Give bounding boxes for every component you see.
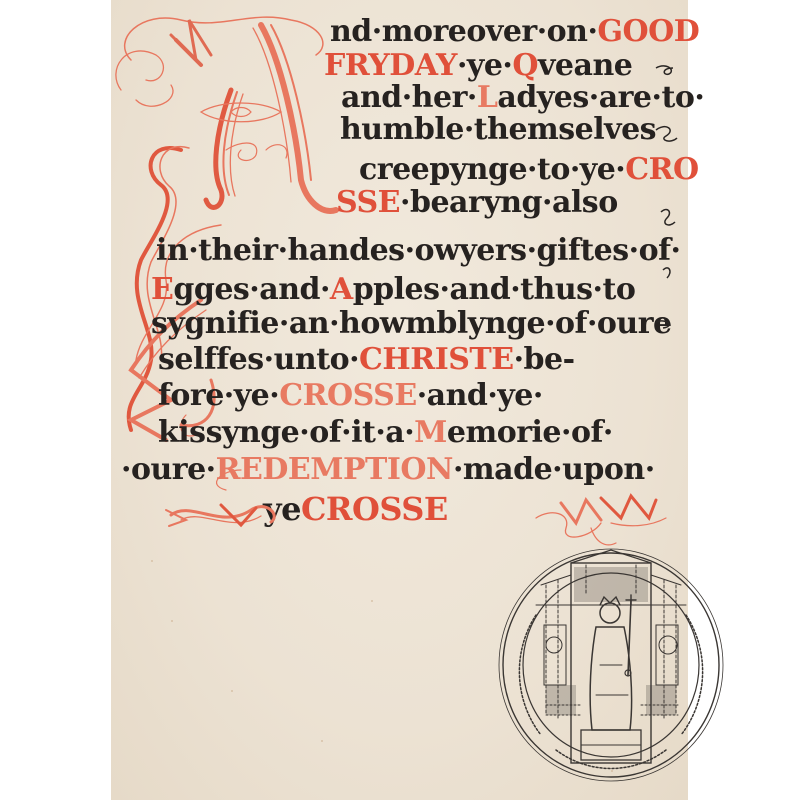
- paper-speck: [321, 740, 323, 742]
- rubric-text: SSE: [336, 185, 400, 220]
- right-flourish-icon: [531, 488, 671, 548]
- black-text: and·her·: [341, 80, 477, 115]
- black-text: ·made·upon·: [453, 452, 655, 487]
- black-text: selffes·unto·: [158, 342, 359, 377]
- black-text: humble·themselves: [340, 112, 656, 147]
- rubric-text: GOOD: [597, 14, 699, 49]
- rubric-text: M: [414, 415, 447, 450]
- text-line: creepynge·to·ye·CRO: [359, 152, 699, 187]
- black-text: ·oure·: [121, 452, 216, 487]
- rubric-text: FRYDAY: [324, 48, 457, 83]
- rubric-text: CHRISTE: [359, 342, 514, 377]
- black-text: in·their·handes·owyers·giftes·of·: [156, 233, 680, 268]
- paper-speck: [171, 620, 173, 622]
- text-line: SSE·bearyng·also: [336, 185, 618, 220]
- rubric-text: Q: [512, 48, 538, 83]
- left-flourish-icon: [161, 490, 291, 540]
- text-line: in·their·handes·owyers·giftes·of·: [156, 233, 680, 268]
- black-text: sygnifie·an·howmblynge·of·oure: [151, 306, 672, 341]
- text-line: fore·ye·CROSSE·and·ye·: [158, 378, 543, 413]
- paper-speck: [231, 690, 233, 692]
- black-text: ·bearyng·also: [400, 185, 618, 220]
- black-text: kissynge·of·it·a·: [158, 415, 414, 450]
- manuscript-text: nd·moreover·on·GOOD FRYDAY·ye·Qveane and…: [111, 0, 688, 540]
- text-line: and·her·Ladyes·are·to·: [341, 80, 704, 115]
- black-text: pples·and·thus·to: [353, 272, 636, 307]
- text-line: FRYDAY·ye·Qveane: [324, 48, 632, 83]
- black-text: gges·and·: [173, 272, 330, 307]
- black-text: emorie·of·: [447, 415, 613, 450]
- seal-drawing: [496, 545, 726, 785]
- text-line: humble·themselves: [340, 112, 656, 147]
- text-line: Egges·and·Apples·and·thus·to: [151, 272, 635, 307]
- paper-speck: [371, 600, 373, 602]
- text-line: kissynge·of·it·a·Memorie·of·: [158, 415, 613, 450]
- black-text: fore·ye·: [158, 378, 279, 413]
- paper-speck: [151, 560, 153, 562]
- rubric-text: CROSSE: [301, 490, 448, 528]
- black-text: creepynge·to·ye·: [359, 152, 625, 187]
- text-line: sygnifie·an·howmblynge·of·oure: [151, 306, 672, 341]
- text-line: selffes·unto·CHRISTE·be-: [158, 342, 575, 377]
- text-line: nd·moreover·on·GOOD: [330, 14, 699, 49]
- rubric-text: REDEMPTION: [216, 452, 453, 487]
- manuscript-page: nd·moreover·on·GOOD FRYDAY·ye·Qveane and…: [111, 0, 688, 800]
- black-text: ·ye·: [457, 48, 512, 83]
- margin-line-fillers-icon: [651, 60, 691, 420]
- rubric-text: L: [477, 80, 498, 115]
- black-text: veane: [538, 48, 632, 83]
- rubric-text: CROSSE: [279, 378, 416, 413]
- rubric-text: E: [151, 272, 173, 307]
- black-text: ·be-: [514, 342, 575, 377]
- rubric-text: A: [330, 272, 353, 307]
- text-line: ·oure·REDEMPTION·made·upon·: [121, 452, 655, 487]
- black-text: nd·moreover·on·: [330, 14, 597, 49]
- black-text: ·and·ye·: [417, 378, 543, 413]
